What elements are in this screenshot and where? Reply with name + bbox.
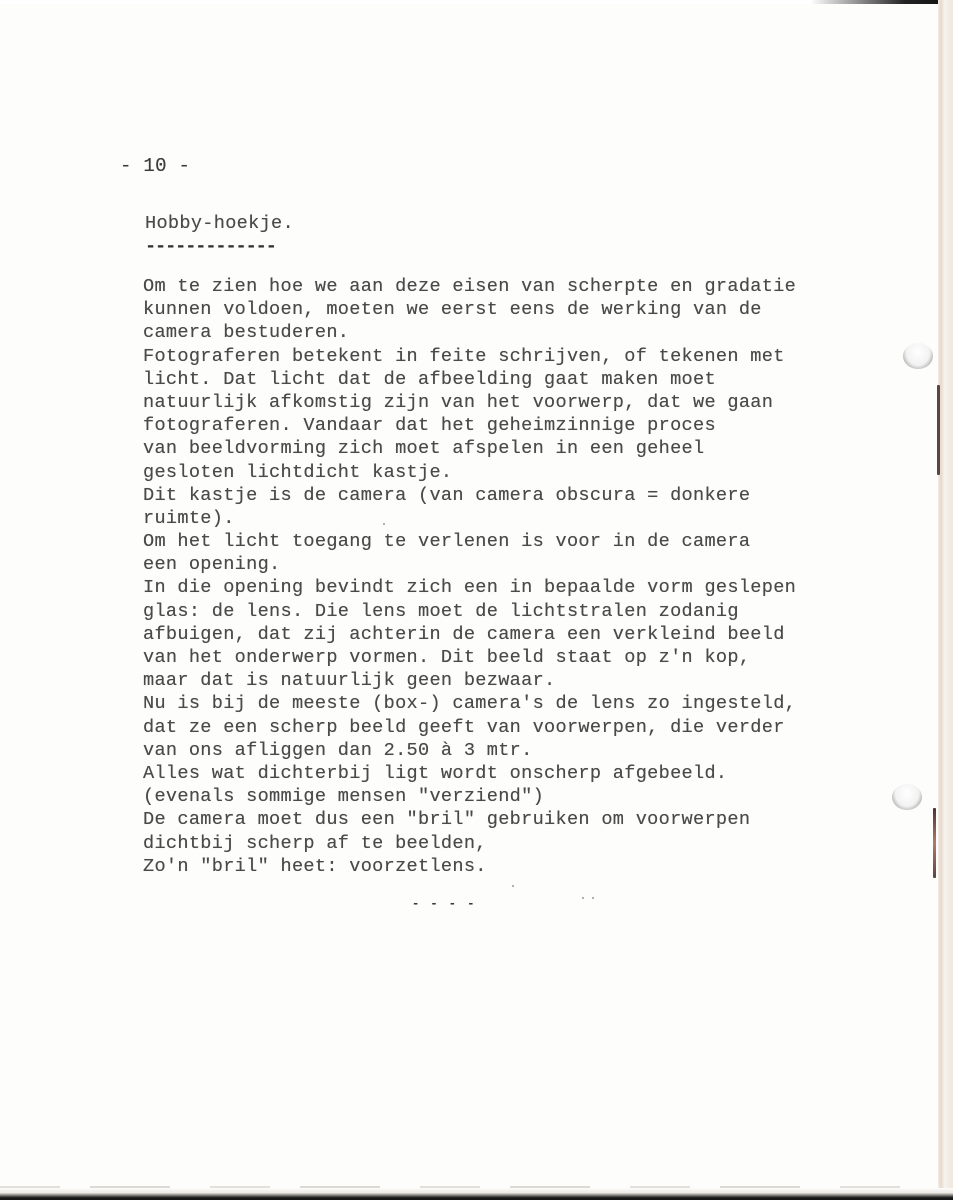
text-line: Dit kastje is de camera (van camera obsc… xyxy=(143,484,796,507)
text-line: Nu is bij de meeste (box-) camera's de l… xyxy=(143,692,796,715)
body-text: Om te zien hoe we aan deze eisen van sch… xyxy=(143,275,796,878)
end-mark: - - - - xyxy=(412,897,476,911)
text-line: (evenals sommige mensen "verziend") xyxy=(143,785,796,808)
text-line: maar dat is natuurlijk geen bezwaar. xyxy=(143,669,796,692)
text-line: gesloten lichtdicht kastje. xyxy=(143,461,796,484)
text-line: een opening. xyxy=(143,553,796,576)
text-line: In die opening bevindt zich een in bepaa… xyxy=(143,576,796,599)
page-bottom-edge xyxy=(0,1188,953,1200)
text-line: afbuigen, dat zij achterin de camera een… xyxy=(143,623,796,646)
text-line: Om het licht toegang te verlenen is voor… xyxy=(143,530,796,553)
text-line: Fotograferen betekent in feite schrijven… xyxy=(143,345,796,368)
binding-mark xyxy=(933,808,936,878)
page-stack-edge xyxy=(944,0,953,1190)
page-top-edge xyxy=(0,0,953,4)
paper-speck xyxy=(582,897,584,899)
page-number: - 10 - xyxy=(120,155,190,177)
text-line: van ons afliggen dan 2.50 à 3 mtr. xyxy=(143,739,796,762)
paper-speck xyxy=(512,885,514,887)
text-line: van het onderwerp vormen. Dit beeld staa… xyxy=(143,646,796,669)
text-line: camera bestuderen. xyxy=(143,321,796,344)
text-line: Zo'n "bril" heet: voorzetlens. xyxy=(143,855,796,878)
text-line: ruimte). xyxy=(143,507,796,530)
text-line: licht. Dat licht dat de afbeelding gaat … xyxy=(143,368,796,391)
text-line: dat ze een scherp beeld geeft van voorwe… xyxy=(143,716,796,739)
text-line: Alles wat dichterbij ligt wordt onscherp… xyxy=(143,762,796,785)
text-line: Om te zien hoe we aan deze eisen van sch… xyxy=(143,275,796,298)
paper-speck xyxy=(592,897,594,899)
text-line: fotograferen. Vandaar dat het geheimzinn… xyxy=(143,414,796,437)
text-line: natuurlijk afkomstig zijn van het voorwe… xyxy=(143,391,796,414)
binding-mark xyxy=(937,385,940,475)
text-line: De camera moet dus een "bril" gebruiken … xyxy=(143,808,796,831)
text-line: dichtbij scherp af te beelden, xyxy=(143,832,796,855)
heading-underline: ------------- xyxy=(145,236,276,257)
text-line: glas: de lens. Die lens moet de lichtstr… xyxy=(143,600,796,623)
text-line: kunnen voldoen, moeten we eerst eens de … xyxy=(143,298,796,321)
paper-speck xyxy=(383,523,385,525)
section-heading: Hobby-hoekje. xyxy=(145,213,294,234)
document-page: - 10 - Hobby-hoekje. ------------- Om te… xyxy=(0,0,953,1200)
punch-hole-icon xyxy=(903,343,933,369)
punch-hole-icon xyxy=(892,784,922,810)
text-line: van beeldvorming zich moet afspelen in e… xyxy=(143,437,796,460)
